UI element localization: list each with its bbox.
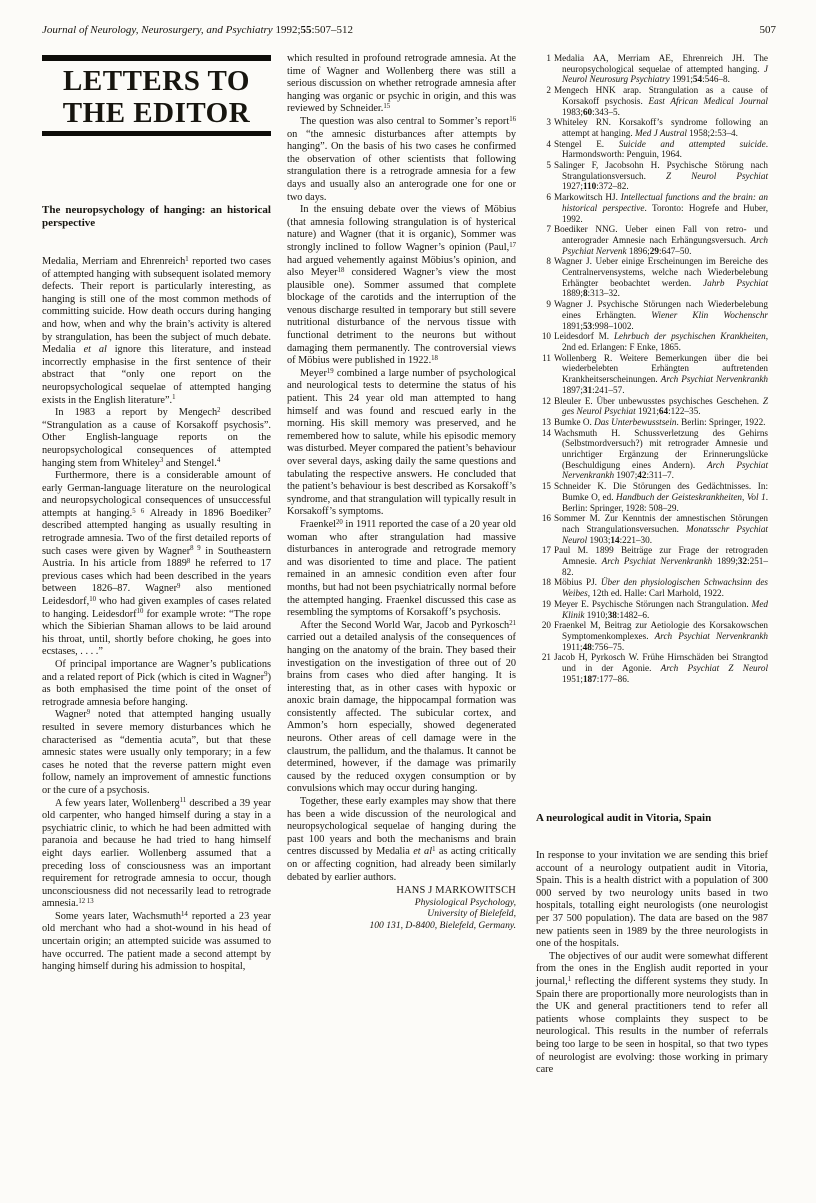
paragraph: Furthermore, there is a considerable amo… [42, 470, 271, 659]
column-middle: which resulted in profound retrograde am… [287, 53, 516, 931]
paragraph: The objectives of our audit were somewha… [536, 951, 768, 1077]
paragraph: In response to your invitation we are se… [536, 850, 768, 951]
column-left: LETTERS TO THE EDITOR The neuropsycholog… [42, 53, 271, 974]
reference-item: 4Stengel E. Suicide and attempted suicid… [536, 139, 768, 160]
masthead-rule-bottom [42, 131, 271, 136]
letters-to-the-editor-masthead: LETTERS TO THE EDITOR [42, 55, 271, 136]
reference-number: 14 [536, 428, 551, 439]
page-number: 507 [760, 24, 777, 37]
letter1-title: The neuropsychology of hanging: an histo… [42, 204, 271, 230]
reference-item: 9Wagner J. Psychische Störungen nach Wie… [536, 299, 768, 331]
paragraph: In the ensuing debate over the views of … [287, 204, 516, 368]
letter2-section: A neurological audit in Vitoria, Spain I… [536, 812, 768, 1077]
reference-item: 16Sommer M. Zur Kenntnis der amnestische… [536, 513, 768, 545]
reference-number: 1 [536, 53, 551, 64]
paragraph: Wagner9 noted that attempted hanging usu… [42, 709, 271, 797]
paragraph: A few years later, Wollenberg11 describe… [42, 798, 271, 911]
paragraph: Some years later, Wachsmuth14 reported a… [42, 911, 271, 974]
reference-number: 16 [536, 513, 551, 524]
reference-number: 12 [536, 396, 551, 407]
reference-item: 11Wollenberg R. Weitere Bemerkungen über… [536, 353, 768, 396]
masthead-line2: THE EDITOR [42, 97, 271, 129]
reference-number: 17 [536, 545, 551, 556]
reference-number: 6 [536, 192, 551, 203]
signature-affiliation-line: University of Bielefeld, [287, 908, 516, 919]
reference-item: 8Wagner J. Ueber einige Erscheinungen im… [536, 256, 768, 299]
reference-item: 15Schneider K. Die Störungen des Gedächt… [536, 481, 768, 513]
column-right: 1Medalia AA, Merriam AE, Ehrenreich JH. … [536, 53, 768, 684]
masthead-title: LETTERS TO THE EDITOR [42, 61, 271, 131]
reference-item: 21Jacob H, Pyrkosch W. Frühe Hirnschäden… [536, 652, 768, 684]
signature-affiliation: Physiological Psychology,University of B… [287, 897, 516, 931]
paragraph: After the Second World War, Jacob and Py… [287, 620, 516, 796]
reference-number: 19 [536, 599, 551, 610]
letter1-column2-text: which resulted in profound retrograde am… [287, 53, 516, 884]
reference-item: 17Paul M. 1899 Beiträge zur Frage der re… [536, 545, 768, 577]
journal-page: Journal of Neurology, Neurosurgery, and … [0, 0, 816, 1203]
reference-item: 14Wachsmuth H. Schussverletzung des Gehi… [536, 428, 768, 482]
reference-item: 20Fraenkel M, Beitrag zur Aetiologie des… [536, 620, 768, 652]
reference-item: 10Leidesdorf M. Lehrbuch der psychischen… [536, 331, 768, 352]
references-list: 1Medalia AA, Merriam AE, Ehrenreich JH. … [536, 53, 768, 684]
reference-number: 5 [536, 160, 551, 171]
reference-item: 1Medalia AA, Merriam AE, Ehrenreich JH. … [536, 53, 768, 85]
paragraph: which resulted in profound retrograde am… [287, 53, 516, 116]
letter2-text: In response to your invitation we are se… [536, 850, 768, 1077]
letter2-title: A neurological audit in Vitoria, Spain [536, 812, 768, 825]
reference-item: 7Boediker NNG. Ueber einen Fall von retr… [536, 224, 768, 256]
reference-item: 2Mengech HNK arap. Strangulation as a ca… [536, 85, 768, 117]
paragraph: Meyer19 combined a large number of psych… [287, 368, 516, 519]
paragraph: In 1983 a report by Mengech2 described “… [42, 407, 271, 470]
reference-number: 11 [536, 353, 551, 364]
reference-number: 20 [536, 620, 551, 631]
paragraph: The question was also central to Sommer’… [287, 116, 516, 204]
masthead-line1: LETTERS TO [42, 65, 271, 97]
reference-item: 12Bleuler E. Über unbewusstes psychische… [536, 396, 768, 417]
paragraph: Of principal importance are Wagner’s pub… [42, 659, 271, 709]
reference-number: 9 [536, 299, 551, 310]
signature-name: HANS J MARKOWITSCH [287, 885, 516, 897]
reference-number: 13 [536, 417, 551, 428]
paragraph: Fraenkel20 in 1911 reported the case of … [287, 519, 516, 620]
paragraph: Together, these early examples may show … [287, 796, 516, 884]
paragraph: Medalia, Merriam and Ehrenreich1 reporte… [42, 256, 271, 407]
signature-block: HANS J MARKOWITSCH Physiological Psychol… [287, 885, 516, 931]
journal-citation: Journal of Neurology, Neurosurgery, and … [42, 24, 353, 37]
reference-number: 18 [536, 577, 551, 588]
reference-item: 19Meyer E. Psychische Störungen nach Str… [536, 599, 768, 620]
reference-number: 8 [536, 256, 551, 267]
signature-affiliation-line: Physiological Psychology, [287, 897, 516, 908]
signature-affiliation-line: 100 131, D-8400, Bielefeld, Germany. [287, 920, 516, 931]
reference-number: 7 [536, 224, 551, 235]
reference-number: 4 [536, 139, 551, 150]
reference-number: 15 [536, 481, 551, 492]
reference-item: 5Salinger F, Jacobsohn H. Psychische Stö… [536, 160, 768, 192]
reference-item: 18Möbius PJ. Über den physiologischen Sc… [536, 577, 768, 598]
letter1-column1-text: Medalia, Merriam and Ehrenreich1 reporte… [42, 256, 271, 974]
running-head: Journal of Neurology, Neurosurgery, and … [42, 24, 776, 37]
reference-item: 3Whiteley RN. Korsakoff’s syndrome follo… [536, 117, 768, 138]
reference-item: 6Markowitsch HJ. Intellectual functions … [536, 192, 768, 224]
reference-item: 13Bumke O. Das Unterbewusstsein. Berlin:… [536, 417, 768, 428]
reference-number: 21 [536, 652, 551, 663]
reference-number: 2 [536, 85, 551, 96]
reference-number: 10 [536, 331, 551, 342]
reference-number: 3 [536, 117, 551, 128]
